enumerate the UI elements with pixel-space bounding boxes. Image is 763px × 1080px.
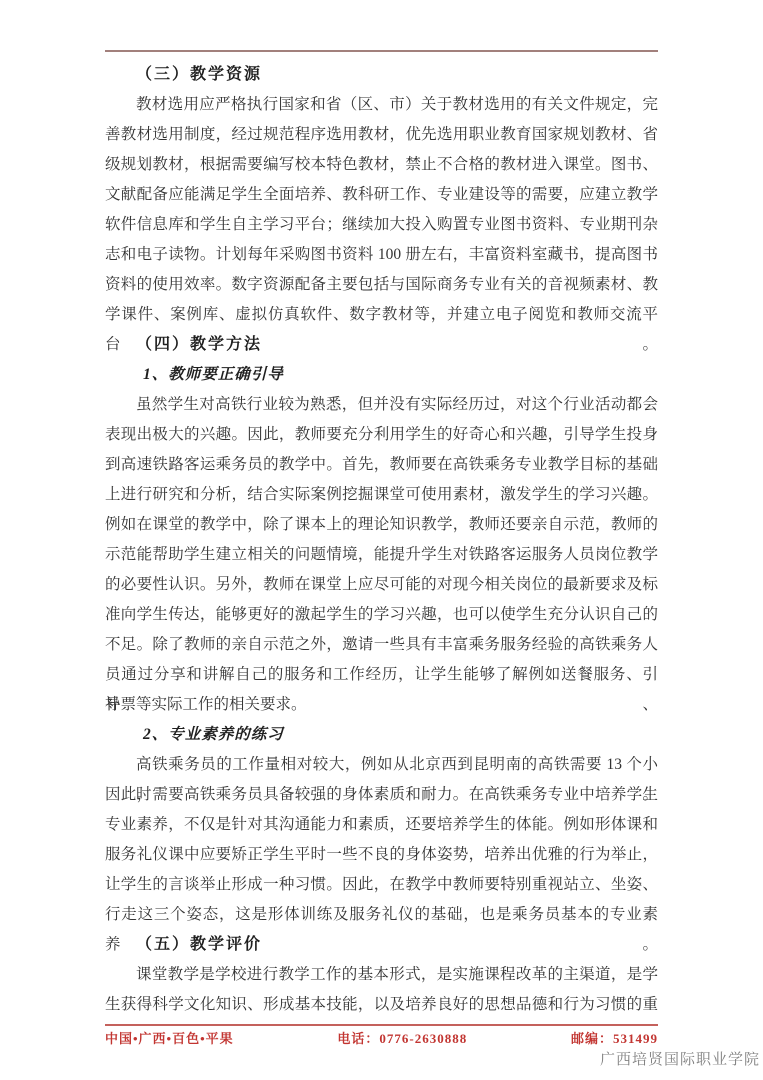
paragraph-line: 因此，需要高铁乘务员具备较强的身体素质和耐力。在高铁乘务专业中培养学生 — [105, 780, 658, 810]
subheading-professional-quality-practice: 2、专业素养的练习 — [105, 720, 658, 750]
footer-rule — [105, 1024, 658, 1026]
paragraph-line: 上进行研究和分析，结合实际案例挖掘课堂可使用素材，激发学生的学习兴趣。 — [105, 480, 658, 510]
paragraph-line: 级规划教材，根据需要编写校本特色教材，禁止不合格的教材进入课堂。图书、 — [105, 150, 658, 180]
paragraph-line: 例如在课堂的教学中，除了课本上的理论知识教学，教师还要亲自示范，教师的 — [105, 510, 658, 540]
paragraph-line: 服务礼仪课中应要矫正学生平时一些不良的身体姿势，培养出优雅的行为举止， — [105, 840, 658, 870]
paragraph-line: 文献配备应能满足学生全面培养、教科研工作、专业建设等的需要，应建立教学 — [105, 180, 658, 210]
paragraph-line: 不足。除了教师的亲自示范之外，邀请一些具有丰富乘务服务经验的高铁乘务人 — [105, 630, 658, 660]
document-page: { "colors": { "top_rule": "#a2807c", "fo… — [0, 0, 763, 1080]
paragraph-line: 软件信息库和学生自主学习平台；继续加大投入购置专业图书资料、专业期刊杂 — [105, 210, 658, 240]
paragraph-line: 准向学生传达，能够更好的激起学生的学习兴趣，也可以使学生充分认识自己的 — [105, 600, 658, 630]
paragraph-line: 课堂教学是学校进行教学工作的基本形式，是实施课程改革的主渠道，是学 — [105, 960, 658, 990]
paragraph-line: 员通过分享和讲解自己的服务和工作经历，让学生能够了解例如送餐服务、引导、 — [105, 660, 658, 690]
paragraph-line: 表现出极大的兴趣。因此，教师要充分利用学生的好奇心和兴趣，引导学生投身 — [105, 420, 658, 450]
document-body: （三）教学资源教材选用应严格执行国家和省（区、市）关于教材选用的有关文件规定，完… — [105, 60, 658, 1020]
paragraph-line: 善教材选用制度，经过规范程序选用教材，优先选用职业教育国家规划教材、省 — [105, 120, 658, 150]
paragraph-line: 学课件、案例库、虚拟仿真软件、数字教材等，并建立电子阅览和教师交流平台。 — [105, 300, 658, 330]
paragraph-line: 志和电子读物。计划每年采购图书资料 100 册左右，丰富资料室藏书，提高图书 — [105, 240, 658, 270]
footer-postcode: 邮编：531499 — [571, 1028, 658, 1047]
footer-location: 中国•广西•百色•平果 — [105, 1028, 234, 1047]
footer-phone: 电话：0776-2630888 — [337, 1028, 467, 1047]
paragraph-line: 资料的使用效率。数字资源配备主要包括与国际商务专业有关的音视频素材、教 — [105, 270, 658, 300]
paragraph-line: 示范能帮助学生建立相关的问题情境，能提升学生对铁路客运服务人员岗位教学 — [105, 540, 658, 570]
paragraph-line: 教材选用应严格执行国家和省（区、市）关于教材选用的有关文件规定，完 — [105, 90, 658, 120]
paragraph-line: 的必要性认识。另外，教师在课堂上应尽可能的对现今相关岗位的最新要求及标 — [105, 570, 658, 600]
paragraph-line: 专业素养，不仅是针对其沟通能力和素质，还要培养学生的体能。例如形体课和 — [105, 810, 658, 840]
paragraph-line: 高铁乘务员的工作量相对较大，例如从北京西到昆明南的高铁需要 13 个小时。 — [105, 750, 658, 780]
paragraph-line: 生获得科学文化知识、形成基本技能，以及培养良好的思想品德和行为习惯的重 — [105, 990, 658, 1020]
heading-teaching-resources: （三）教学资源 — [105, 60, 658, 90]
header-rule — [105, 50, 658, 52]
subheading-teacher-guidance: 1、教师要正确引导 — [105, 360, 658, 390]
paragraph-line: 行走这三个姿态，这是形体训练及服务礼仪的基础，也是乘务员基本的专业素养。 — [105, 900, 658, 930]
paragraph-line: 虽然学生对高铁行业较为熟悉，但并没有实际经历过，对这个行业活动都会 — [105, 390, 658, 420]
paragraph-line: 到高速铁路客运乘务员的教学中。首先，教师要在高铁乘务专业教学目标的基础 — [105, 450, 658, 480]
paragraph-line: 让学生的言谈举止形成一种习惯。因此，在教学中教师要特别重视站立、坐姿、 — [105, 870, 658, 900]
page-footer: 中国•广西•百色•平果 电话：0776-2630888 邮编：531499 — [105, 1028, 658, 1047]
institution-watermark: 广西培贤国际职业学院 — [600, 1048, 760, 1069]
